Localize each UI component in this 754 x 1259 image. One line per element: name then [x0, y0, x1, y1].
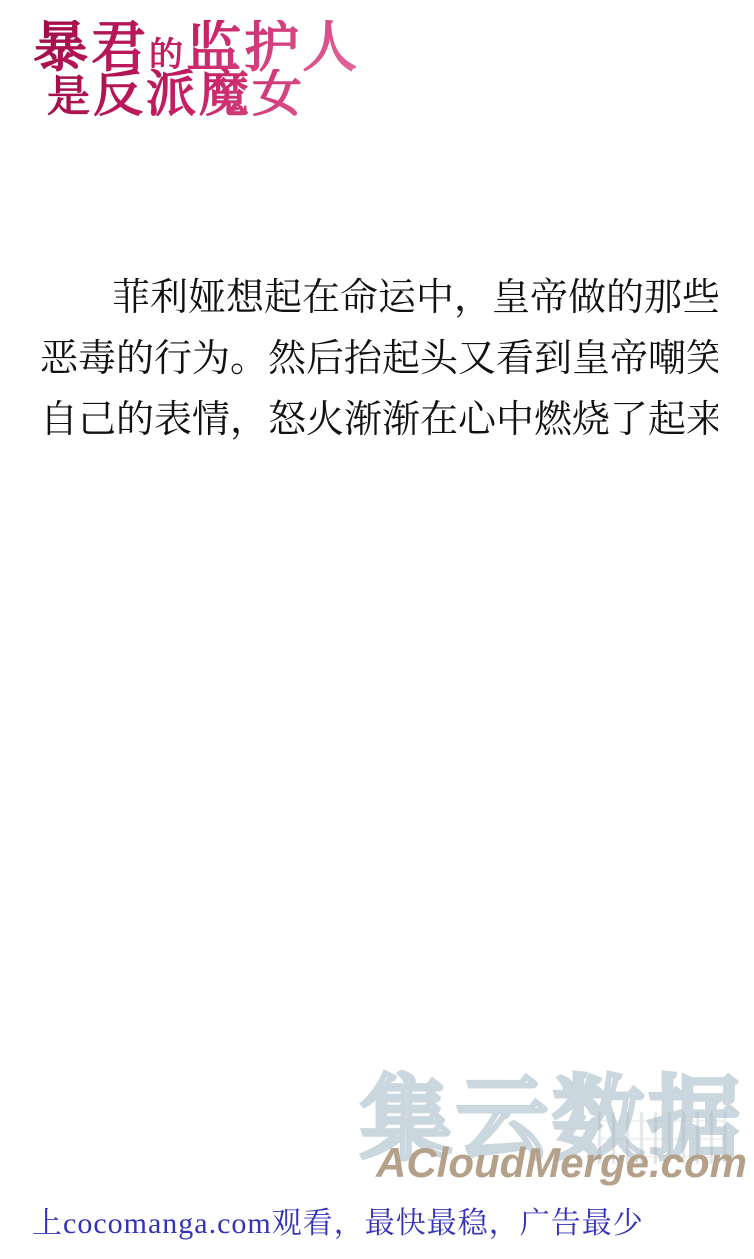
manga-page-canvas: 暴君的监护人 是反派魔女 菲利娅想起在命运中，皇帝做的那些 恶毒的行为。然后抬起… — [0, 0, 754, 1259]
footer-ad-text: 上cocomanga.com观看，最快最稳，广告最少 — [32, 1198, 644, 1242]
series-title-logo: 暴君的监护人 是反派魔女 — [33, 20, 360, 119]
narration-line-2: 恶毒的行为。然后抬起头又看到皇帝嘲笑 — [40, 329, 718, 390]
narration-line-1: 菲利娅想起在命运中，皇帝做的那些 — [40, 268, 718, 329]
title-segment: 反派魔女 — [93, 66, 305, 122]
watermark-domain-text: ACloudMerge.com — [376, 1139, 747, 1187]
title-segment: 是 — [47, 74, 93, 121]
narration-line-3: 自己的表情，怒火渐渐在心中燃烧了起来。 — [40, 390, 718, 451]
narration-paragraph: 菲利娅想起在命运中，皇帝做的那些 恶毒的行为。然后抬起头又看到皇帝嘲笑 自己的表… — [40, 268, 718, 451]
